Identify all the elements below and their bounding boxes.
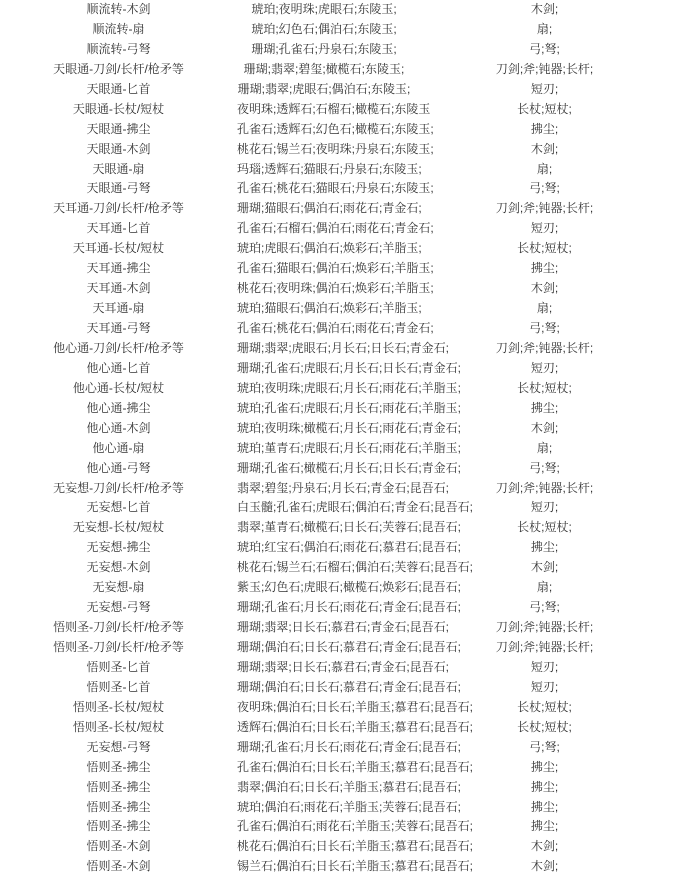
skill-weapon-name-cell: 悟则圣-木剑 (0, 837, 237, 857)
weapon-types-cell: 木剑; (411, 419, 678, 439)
gems-list-cell: 孔雀石;桃花石;猫眼石;丹泉石;东陵玉; (237, 179, 411, 199)
table-row: 顺流转-扇琥珀;幻色石;偶泊石;东陵玉;扇; (0, 20, 678, 40)
table-row: 悟则圣-长杖/短杖夜明珠;偶泊石;日长石;羊脂玉;慕君石;昆吾石;长杖;短杖; (0, 698, 678, 718)
gems-list-cell: 翡翠;偶泊石;日长石;羊脂玉;慕君石;昆吾石; (237, 778, 411, 798)
gems-list-cell: 孔雀石;桃花石;偶泊石;雨花石;青金石; (237, 319, 411, 339)
skill-weapon-name-cell: 顺流转-扇 (0, 20, 237, 40)
weapon-types-cell: 扇; (411, 439, 678, 459)
table-row: 他心通-长杖/短杖琥珀;夜明珠;虎眼石;月长石;雨花石;羊脂玉;长杖;短杖; (0, 379, 678, 399)
table-row: 他心通-扇琥珀;堇青石;虎眼石;月长石;雨花石;羊脂玉;扇; (0, 439, 678, 459)
gems-list-cell: 孔雀石;偶泊石;雨花石;羊脂玉;芙蓉石;昆吾石; (237, 817, 411, 837)
weapon-types-cell: 扇; (411, 299, 678, 319)
skill-weapon-name-cell: 悟则圣-拂尘 (0, 758, 237, 778)
skill-weapon-name-cell: 天耳通-拂尘 (0, 259, 237, 279)
skill-weapon-name-cell: 天眼通-扇 (0, 160, 237, 180)
table-row: 天耳通-木剑桃花石;夜明珠;偶泊石;焕彩石;羊脂玉;木剑; (0, 279, 678, 299)
skill-weapon-name-cell: 悟则圣-匕首 (0, 658, 237, 678)
weapon-types-cell: 拂尘; (411, 399, 678, 419)
table-row: 他心通-刀剑/长杆/枪矛等珊瑚;翡翠;虎眼石;月长石;日长石;青金石;刀剑;斧;… (0, 339, 678, 359)
skill-weapon-name-cell: 悟则圣-拂尘 (0, 778, 237, 798)
weapon-types-cell: 刀剑;斧;钝器;长杆; (411, 638, 678, 658)
weapon-types-cell: 刀剑;斧;钝器;长杆; (411, 199, 678, 219)
weapon-types-cell: 短刃; (411, 80, 678, 100)
skill-weapon-name-cell: 天耳通-刀剑/长杆/枪矛等 (0, 199, 237, 219)
skill-weapon-name-cell: 他心通-木剑 (0, 419, 237, 439)
gems-list-cell: 珊瑚;孔雀石;橄榄石;月长石;日长石;青金石; (237, 459, 411, 479)
gems-list-cell: 桃花石;夜明珠;偶泊石;焕彩石;羊脂玉; (237, 279, 411, 299)
skill-weapon-name-cell: 无妄想-扇 (0, 578, 237, 598)
table-row: 天耳通-扇琥珀;猫眼石;偶泊石;焕彩石;羊脂玉;扇; (0, 299, 678, 319)
gems-list-cell: 琥珀;红宝石;偶泊石;雨花石;慕君石;昆吾石; (237, 538, 411, 558)
weapon-types-cell: 长杖;短杖; (411, 379, 678, 399)
gems-list-cell: 琥珀;夜明珠;虎眼石;月长石;雨花石;羊脂玉; (237, 379, 411, 399)
weapon-types-cell: 木剑; (411, 140, 678, 160)
gems-list-cell: 琥珀;孔雀石;虎眼石;月长石;雨花石;羊脂玉; (237, 399, 411, 419)
table-row: 天耳通-刀剑/长杆/枪矛等珊瑚;猫眼石;偶泊石;雨花石;青金石;刀剑;斧;钝器;… (0, 199, 678, 219)
gems-list-cell: 珊瑚;翡翠;碧玺;橄榄石;东陵玉; (237, 60, 411, 80)
gems-list-cell: 夜明珠;透辉石;石榴石;橄榄石;东陵玉 (237, 100, 411, 120)
table-row: 他心通-弓弩珊瑚;孔雀石;橄榄石;月长石;日长石;青金石;弓;弩; (0, 459, 678, 479)
table-row: 无妄想-扇紫玉;幻色石;虎眼石;橄榄石;焕彩石;昆吾石;扇; (0, 578, 678, 598)
weapon-types-cell: 弓;弩; (411, 738, 678, 758)
weapon-types-cell: 扇; (411, 160, 678, 180)
skill-weapon-name-cell: 悟则圣-匕首 (0, 678, 237, 698)
table-row: 他心通-木剑琥珀;夜明珠;橄榄石;月长石;雨花石;青金石;木剑; (0, 419, 678, 439)
skill-weapon-name-cell: 天眼通-弓弩 (0, 179, 237, 199)
skill-weapon-name-cell: 他心通-刀剑/长杆/枪矛等 (0, 339, 237, 359)
gem-weapon-table: 顺流转-木剑琥珀;夜明珠;虎眼石;东陵玉;木剑;顺流转-扇琥珀;幻色石;偶泊石;… (0, 0, 678, 877)
weapon-types-cell: 拂尘; (411, 817, 678, 837)
gems-list-cell: 珊瑚;孔雀石;虎眼石;月长石;日长石;青金石; (237, 359, 411, 379)
table-row: 悟则圣-匕首珊瑚;翡翠;日长石;慕君石;青金石;昆吾石;短刃; (0, 658, 678, 678)
weapon-types-cell: 拂尘; (411, 778, 678, 798)
table-row: 无妄想-木剑桃花石;锡兰石;石榴石;偶泊石;芙蓉石;昆吾石;木剑; (0, 558, 678, 578)
gems-list-cell: 夜明珠;偶泊石;日长石;羊脂玉;慕君石;昆吾石; (237, 698, 411, 718)
weapon-types-cell: 长杖;短杖; (411, 718, 678, 738)
skill-weapon-name-cell: 无妄想-木剑 (0, 558, 237, 578)
table-row: 悟则圣-刀剑/长杆/枪矛等珊瑚;翡翠;日长石;慕君石;青金石;昆吾石;刀剑;斧;… (0, 618, 678, 638)
gems-list-cell: 翡翠;堇青石;橄榄石;日长石;芙蓉石;昆吾石; (237, 518, 411, 538)
skill-weapon-name-cell: 天眼通-木剑 (0, 140, 237, 160)
gems-list-cell: 珊瑚;翡翠;虎眼石;偶泊石;东陵玉; (237, 80, 411, 100)
skill-weapon-name-cell: 顺流转-弓弩 (0, 40, 237, 60)
weapon-types-cell: 长杖;短杖; (411, 698, 678, 718)
gems-list-cell: 白玉髓;孔雀石;虎眼石;偶泊石;青金石;昆吾石; (237, 498, 411, 518)
gems-list-cell: 珊瑚;翡翠;虎眼石;月长石;日长石;青金石; (237, 339, 411, 359)
skill-weapon-name-cell: 悟则圣-刀剑/长杆/枪矛等 (0, 618, 237, 638)
weapon-types-cell: 木剑; (411, 837, 678, 857)
table-row: 天眼通-弓弩孔雀石;桃花石;猫眼石;丹泉石;东陵玉;弓;弩; (0, 179, 678, 199)
weapon-types-cell: 拂尘; (411, 758, 678, 778)
skill-weapon-name-cell: 无妄想-弓弩 (0, 598, 237, 618)
table-row: 天耳通-弓弩孔雀石;桃花石;偶泊石;雨花石;青金石;弓;弩; (0, 319, 678, 339)
weapon-types-cell: 刀剑;斧;钝器;长杆; (411, 60, 678, 80)
gems-list-cell: 琥珀;猫眼石;偶泊石;焕彩石;羊脂玉; (237, 299, 411, 319)
gems-list-cell: 孔雀石;石榴石;偶泊石;雨花石;青金石; (237, 219, 411, 239)
table-row: 无妄想-拂尘琥珀;红宝石;偶泊石;雨花石;慕君石;昆吾石;拂尘; (0, 538, 678, 558)
weapon-types-cell: 拂尘; (411, 538, 678, 558)
skill-weapon-name-cell: 他心通-扇 (0, 439, 237, 459)
skill-weapon-name-cell: 天眼通-刀剑/长杆/枪矛等 (0, 60, 237, 80)
table-row: 天眼通-匕首珊瑚;翡翠;虎眼石;偶泊石;东陵玉;短刃; (0, 80, 678, 100)
table-row: 天眼通-长杖/短杖夜明珠;透辉石;石榴石;橄榄石;东陵玉长杖;短杖; (0, 100, 678, 120)
skill-weapon-name-cell: 天耳通-弓弩 (0, 319, 237, 339)
skill-weapon-name-cell: 无妄想-刀剑/长杆/枪矛等 (0, 479, 237, 499)
skill-weapon-name-cell: 无妄想-拂尘 (0, 538, 237, 558)
weapon-types-cell: 弓;弩; (411, 40, 678, 60)
weapon-types-cell: 短刃; (411, 678, 678, 698)
skill-weapon-name-cell: 无妄想-匕首 (0, 498, 237, 518)
weapon-types-cell: 拂尘; (411, 798, 678, 818)
weapon-types-cell: 短刃; (411, 359, 678, 379)
weapon-types-cell: 短刃; (411, 219, 678, 239)
skill-weapon-name-cell: 无妄想-长杖/短杖 (0, 518, 237, 538)
weapon-types-cell: 弓;弩; (411, 179, 678, 199)
weapon-types-cell: 弓;弩; (411, 459, 678, 479)
gems-list-cell: 珊瑚;孔雀石;月长石;雨花石;青金石;昆吾石; (237, 738, 411, 758)
gems-list-cell: 珊瑚;孔雀石;月长石;雨花石;青金石;昆吾石; (237, 598, 411, 618)
gems-list-cell: 翡翠;碧玺;丹泉石;月长石;青金石;昆吾石; (237, 479, 411, 499)
table-row: 悟则圣-拂尘翡翠;偶泊石;日长石;羊脂玉;慕君石;昆吾石;拂尘; (0, 778, 678, 798)
table-row: 无妄想-弓弩珊瑚;孔雀石;月长石;雨花石;青金石;昆吾石;弓;弩; (0, 598, 678, 618)
skill-weapon-name-cell: 天耳通-匕首 (0, 219, 237, 239)
skill-weapon-name-cell: 天耳通-木剑 (0, 279, 237, 299)
gems-list-cell: 珊瑚;翡翠;日长石;慕君石;青金石;昆吾石; (237, 618, 411, 638)
gems-list-cell: 珊瑚;偶泊石;日长石;慕君石;青金石;昆吾石; (237, 678, 411, 698)
skill-weapon-name-cell: 天眼通-匕首 (0, 80, 237, 100)
gems-list-cell: 孔雀石;偶泊石;日长石;羊脂玉;慕君石;昆吾石; (237, 758, 411, 778)
table-row: 天耳通-长杖/短杖琥珀;虎眼石;偶泊石;焕彩石;羊脂玉;长杖;短杖; (0, 239, 678, 259)
skill-weapon-name-cell: 他心通-匕首 (0, 359, 237, 379)
weapon-types-cell: 扇; (411, 20, 678, 40)
weapon-types-cell: 弓;弩; (411, 598, 678, 618)
gems-list-cell: 锡兰石;偶泊石;日长石;羊脂玉;慕君石;昆吾石; (237, 857, 411, 877)
table-row: 天眼通-拂尘孔雀石;透辉石;幻色石;橄榄石;东陵玉;拂尘; (0, 120, 678, 140)
gems-list-cell: 珊瑚;猫眼石;偶泊石;雨花石;青金石; (237, 199, 411, 219)
skill-weapon-name-cell: 天耳通-扇 (0, 299, 237, 319)
weapon-types-cell: 刀剑;斧;钝器;长杆; (411, 618, 678, 638)
weapon-types-cell: 弓;弩; (411, 319, 678, 339)
weapon-types-cell: 刀剑;斧;钝器;长杆; (411, 479, 678, 499)
table-row: 无妄想-刀剑/长杆/枪矛等翡翠;碧玺;丹泉石;月长石;青金石;昆吾石;刀剑;斧;… (0, 479, 678, 499)
table-row: 悟则圣-匕首珊瑚;偶泊石;日长石;慕君石;青金石;昆吾石;短刃; (0, 678, 678, 698)
skill-weapon-name-cell: 悟则圣-拂尘 (0, 798, 237, 818)
table-row: 顺流转-木剑琥珀;夜明珠;虎眼石;东陵玉;木剑; (0, 0, 678, 20)
gems-list-cell: 桃花石;锡兰石;夜明珠;丹泉石;东陵玉; (237, 140, 411, 160)
weapon-types-cell: 长杖;短杖; (411, 100, 678, 120)
skill-weapon-name-cell: 他心通-弓弩 (0, 459, 237, 479)
gems-list-cell: 珊瑚;偶泊石;日长石;慕君石;青金石;昆吾石; (237, 638, 411, 658)
table-row: 顺流转-弓弩珊瑚;孔雀石;丹泉石;东陵玉;弓;弩; (0, 40, 678, 60)
skill-weapon-name-cell: 他心通-长杖/短杖 (0, 379, 237, 399)
skill-weapon-name-cell: 无妄想-弓弩 (0, 738, 237, 758)
gems-list-cell: 玛瑙;透辉石;猫眼石;丹泉石;东陵玉; (237, 160, 411, 180)
table-row: 天耳通-匕首孔雀石;石榴石;偶泊石;雨花石;青金石;短刃; (0, 219, 678, 239)
skill-weapon-name-cell: 悟则圣-木剑 (0, 857, 237, 877)
table-row: 悟则圣-木剑桃花石;偶泊石;日长石;羊脂玉;慕君石;昆吾石;木剑; (0, 837, 678, 857)
weapon-types-cell: 木剑; (411, 279, 678, 299)
skill-weapon-name-cell: 他心通-拂尘 (0, 399, 237, 419)
skill-weapon-name-cell: 天耳通-长杖/短杖 (0, 239, 237, 259)
table-row: 他心通-匕首珊瑚;孔雀石;虎眼石;月长石;日长石;青金石;短刃; (0, 359, 678, 379)
weapon-types-cell: 长杖;短杖; (411, 518, 678, 538)
gems-list-cell: 孔雀石;透辉石;幻色石;橄榄石;东陵玉; (237, 120, 411, 140)
table-row: 悟则圣-木剑锡兰石;偶泊石;日长石;羊脂玉;慕君石;昆吾石;木剑; (0, 857, 678, 877)
skill-weapon-name-cell: 悟则圣-刀剑/长杆/枪矛等 (0, 638, 237, 658)
table-row: 天眼通-木剑桃花石;锡兰石;夜明珠;丹泉石;东陵玉;木剑; (0, 140, 678, 160)
gems-list-cell: 琥珀;虎眼石;偶泊石;焕彩石;羊脂玉; (237, 239, 411, 259)
table-row: 悟则圣-拂尘孔雀石;偶泊石;雨花石;羊脂玉;芙蓉石;昆吾石;拂尘; (0, 817, 678, 837)
table-row: 天眼通-扇玛瑙;透辉石;猫眼石;丹泉石;东陵玉;扇; (0, 160, 678, 180)
weapon-types-cell: 刀剑;斧;钝器;长杆; (411, 339, 678, 359)
gems-list-cell: 琥珀;偶泊石;雨花石;羊脂玉;芙蓉石;昆吾石; (237, 798, 411, 818)
table-row: 悟则圣-长杖/短杖透辉石;偶泊石;日长石;羊脂玉;慕君石;昆吾石;长杖;短杖; (0, 718, 678, 738)
gems-list-cell: 孔雀石;猫眼石;偶泊石;焕彩石;羊脂玉; (237, 259, 411, 279)
table-row: 悟则圣-拂尘孔雀石;偶泊石;日长石;羊脂玉;慕君石;昆吾石;拂尘; (0, 758, 678, 778)
gems-list-cell: 珊瑚;翡翠;日长石;慕君石;青金石;昆吾石; (237, 658, 411, 678)
table-row: 无妄想-弓弩珊瑚;孔雀石;月长石;雨花石;青金石;昆吾石;弓;弩; (0, 738, 678, 758)
gems-list-cell: 琥珀;夜明珠;虎眼石;东陵玉; (237, 0, 411, 20)
gems-list-cell: 紫玉;幻色石;虎眼石;橄榄石;焕彩石;昆吾石; (237, 578, 411, 598)
weapon-types-cell: 扇; (411, 578, 678, 598)
skill-weapon-name-cell: 天眼通-长杖/短杖 (0, 100, 237, 120)
weapon-types-cell: 木剑; (411, 558, 678, 578)
gems-list-cell: 珊瑚;孔雀石;丹泉石;东陵玉; (237, 40, 411, 60)
weapon-types-cell: 短刃; (411, 498, 678, 518)
skill-weapon-name-cell: 悟则圣-长杖/短杖 (0, 718, 237, 738)
gems-list-cell: 琥珀;幻色石;偶泊石;东陵玉; (237, 20, 411, 40)
weapon-types-cell: 拂尘; (411, 120, 678, 140)
table-row: 悟则圣-刀剑/长杆/枪矛等珊瑚;偶泊石;日长石;慕君石;青金石;昆吾石;刀剑;斧… (0, 638, 678, 658)
skill-weapon-name-cell: 悟则圣-长杖/短杖 (0, 698, 237, 718)
weapon-types-cell: 木剑; (411, 0, 678, 20)
table-row: 天耳通-拂尘孔雀石;猫眼石;偶泊石;焕彩石;羊脂玉;拂尘; (0, 259, 678, 279)
table-row: 他心通-拂尘琥珀;孔雀石;虎眼石;月长石;雨花石;羊脂玉;拂尘; (0, 399, 678, 419)
weapon-types-cell: 短刃; (411, 658, 678, 678)
weapon-types-cell: 拂尘; (411, 259, 678, 279)
gems-list-cell: 透辉石;偶泊石;日长石;羊脂玉;慕君石;昆吾石; (237, 718, 411, 738)
gems-list-cell: 琥珀;堇青石;虎眼石;月长石;雨花石;羊脂玉; (237, 439, 411, 459)
weapon-types-cell: 木剑; (411, 857, 678, 877)
skill-weapon-name-cell: 天眼通-拂尘 (0, 120, 237, 140)
skill-weapon-name-cell: 顺流转-木剑 (0, 0, 237, 20)
table-row: 无妄想-长杖/短杖翡翠;堇青石;橄榄石;日长石;芙蓉石;昆吾石;长杖;短杖; (0, 518, 678, 538)
gems-list-cell: 桃花石;锡兰石;石榴石;偶泊石;芙蓉石;昆吾石; (237, 558, 411, 578)
table-row: 天眼通-刀剑/长杆/枪矛等珊瑚;翡翠;碧玺;橄榄石;东陵玉;刀剑;斧;钝器;长杆… (0, 60, 678, 80)
gems-list-cell: 琥珀;夜明珠;橄榄石;月长石;雨花石;青金石; (237, 419, 411, 439)
table-row: 悟则圣-拂尘琥珀;偶泊石;雨花石;羊脂玉;芙蓉石;昆吾石;拂尘; (0, 798, 678, 818)
weapon-types-cell: 长杖;短杖; (411, 239, 678, 259)
table-row: 无妄想-匕首白玉髓;孔雀石;虎眼石;偶泊石;青金石;昆吾石;短刃; (0, 498, 678, 518)
skill-weapon-name-cell: 悟则圣-拂尘 (0, 817, 237, 837)
gems-list-cell: 桃花石;偶泊石;日长石;羊脂玉;慕君石;昆吾石; (237, 837, 411, 857)
